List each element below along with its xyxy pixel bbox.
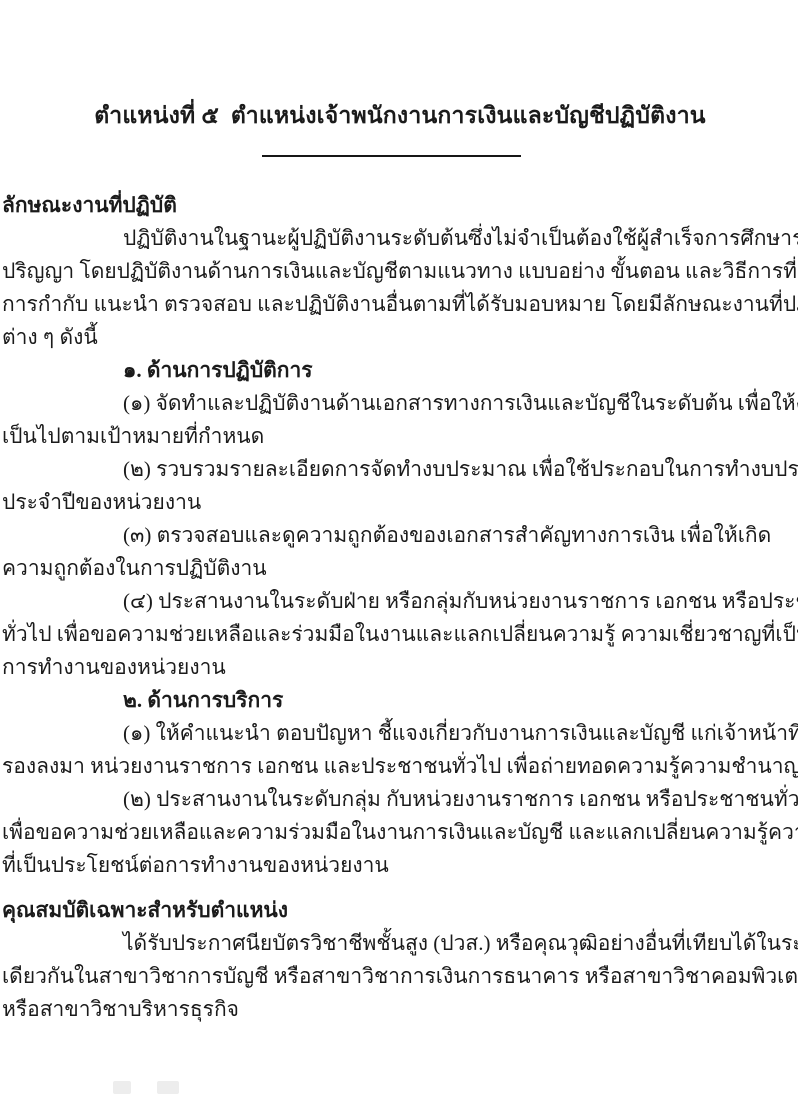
document-title: ตำแหน่งที่ ๕ ตำแหน่งเจ้าพนักงานการเงินแล…	[0, 98, 800, 134]
text-line: เป็นไปตามเป้าหมายที่กำหนด	[2, 420, 798, 453]
text-line: เดียวกันในสาขาวิชาการบัญชี หรือสาขาวิชาก…	[2, 960, 798, 993]
text-line: (๑) ให้คำแนะนำ ตอบปัญหา ชี้แจงเกี่ยวกับง…	[2, 717, 798, 750]
text-line: ความถูกต้องในการปฏิบัติงาน	[2, 552, 798, 585]
text-line: (๒) ประสานงานในระดับกลุ่ม กับหน่วยงานราช…	[2, 783, 798, 816]
text-line: เพื่อขอความช่วยเหลือและความร่วมมือในงานก…	[2, 816, 798, 849]
text-line: ได้รับประกาศนียบัตรวิชาชีพชั้นสูง (ปวส.)…	[2, 927, 798, 960]
scanned-document-page: ตำแหน่งที่ ๕ ตำแหน่งเจ้าพนักงานการเงินแล…	[0, 0, 800, 1097]
text-line: รองลงมา หน่วยงานราชการ เอกชน และประชาชนท…	[2, 750, 798, 783]
document-body: ลักษณะงานที่ปฏิบัติปฏิบัติงานในฐานะผู้ปฏ…	[2, 189, 798, 1026]
text-line: การกำกับ แนะนำ ตรวจสอบ และปฏิบัติงานอื่น…	[2, 288, 798, 321]
section-heading: ๑. ด้านการปฏิบัติการ	[2, 354, 798, 387]
text-line: ปฏิบัติงานในฐานะผู้ปฏิบัติงานระดับต้นซึ่…	[2, 222, 798, 255]
text-line: (๔) ประสานงานในระดับฝ่าย หรือกลุ่มกับหน่…	[2, 585, 798, 618]
title-divider	[262, 155, 521, 157]
text-line: ที่เป็นประโยชน์ต่อการทำงานของหน่วยงาน	[2, 849, 798, 882]
text-line: (๒) รวบรวมรายละเอียดการจัดทำงบประมาณ เพื…	[2, 453, 798, 486]
section-heading: ๒. ด้านการบริการ	[2, 684, 798, 717]
scan-smudge-artifact	[157, 1081, 179, 1094]
text-line: หรือสาขาวิชาบริหารธุรกิจ	[2, 993, 798, 1026]
text-line: ทั่วไป เพื่อขอความช่วยเหลือและร่วมมือในง…	[2, 618, 798, 651]
scan-smudge-artifact	[113, 1081, 131, 1094]
section-heading: คุณสมบัติเฉพาะสำหรับตำแหน่ง	[2, 894, 798, 927]
section-heading: ลักษณะงานที่ปฏิบัติ	[2, 189, 798, 222]
text-line: (๓) ตรวจสอบและดูความถูกต้องของเอกสารสำคั…	[2, 519, 798, 552]
text-line: ปริญญา โดยปฏิบัติงานด้านการเงินและบัญชีต…	[2, 255, 798, 288]
text-line: ประจำปีของหน่วยงาน	[2, 486, 798, 519]
text-line: การทำงานของหน่วยงาน	[2, 651, 798, 684]
text-line: ต่าง ๆ ดังนี้	[2, 321, 798, 354]
text-line: (๑) จัดทำและปฏิบัติงานด้านเอกสารทางการเง…	[2, 387, 798, 420]
